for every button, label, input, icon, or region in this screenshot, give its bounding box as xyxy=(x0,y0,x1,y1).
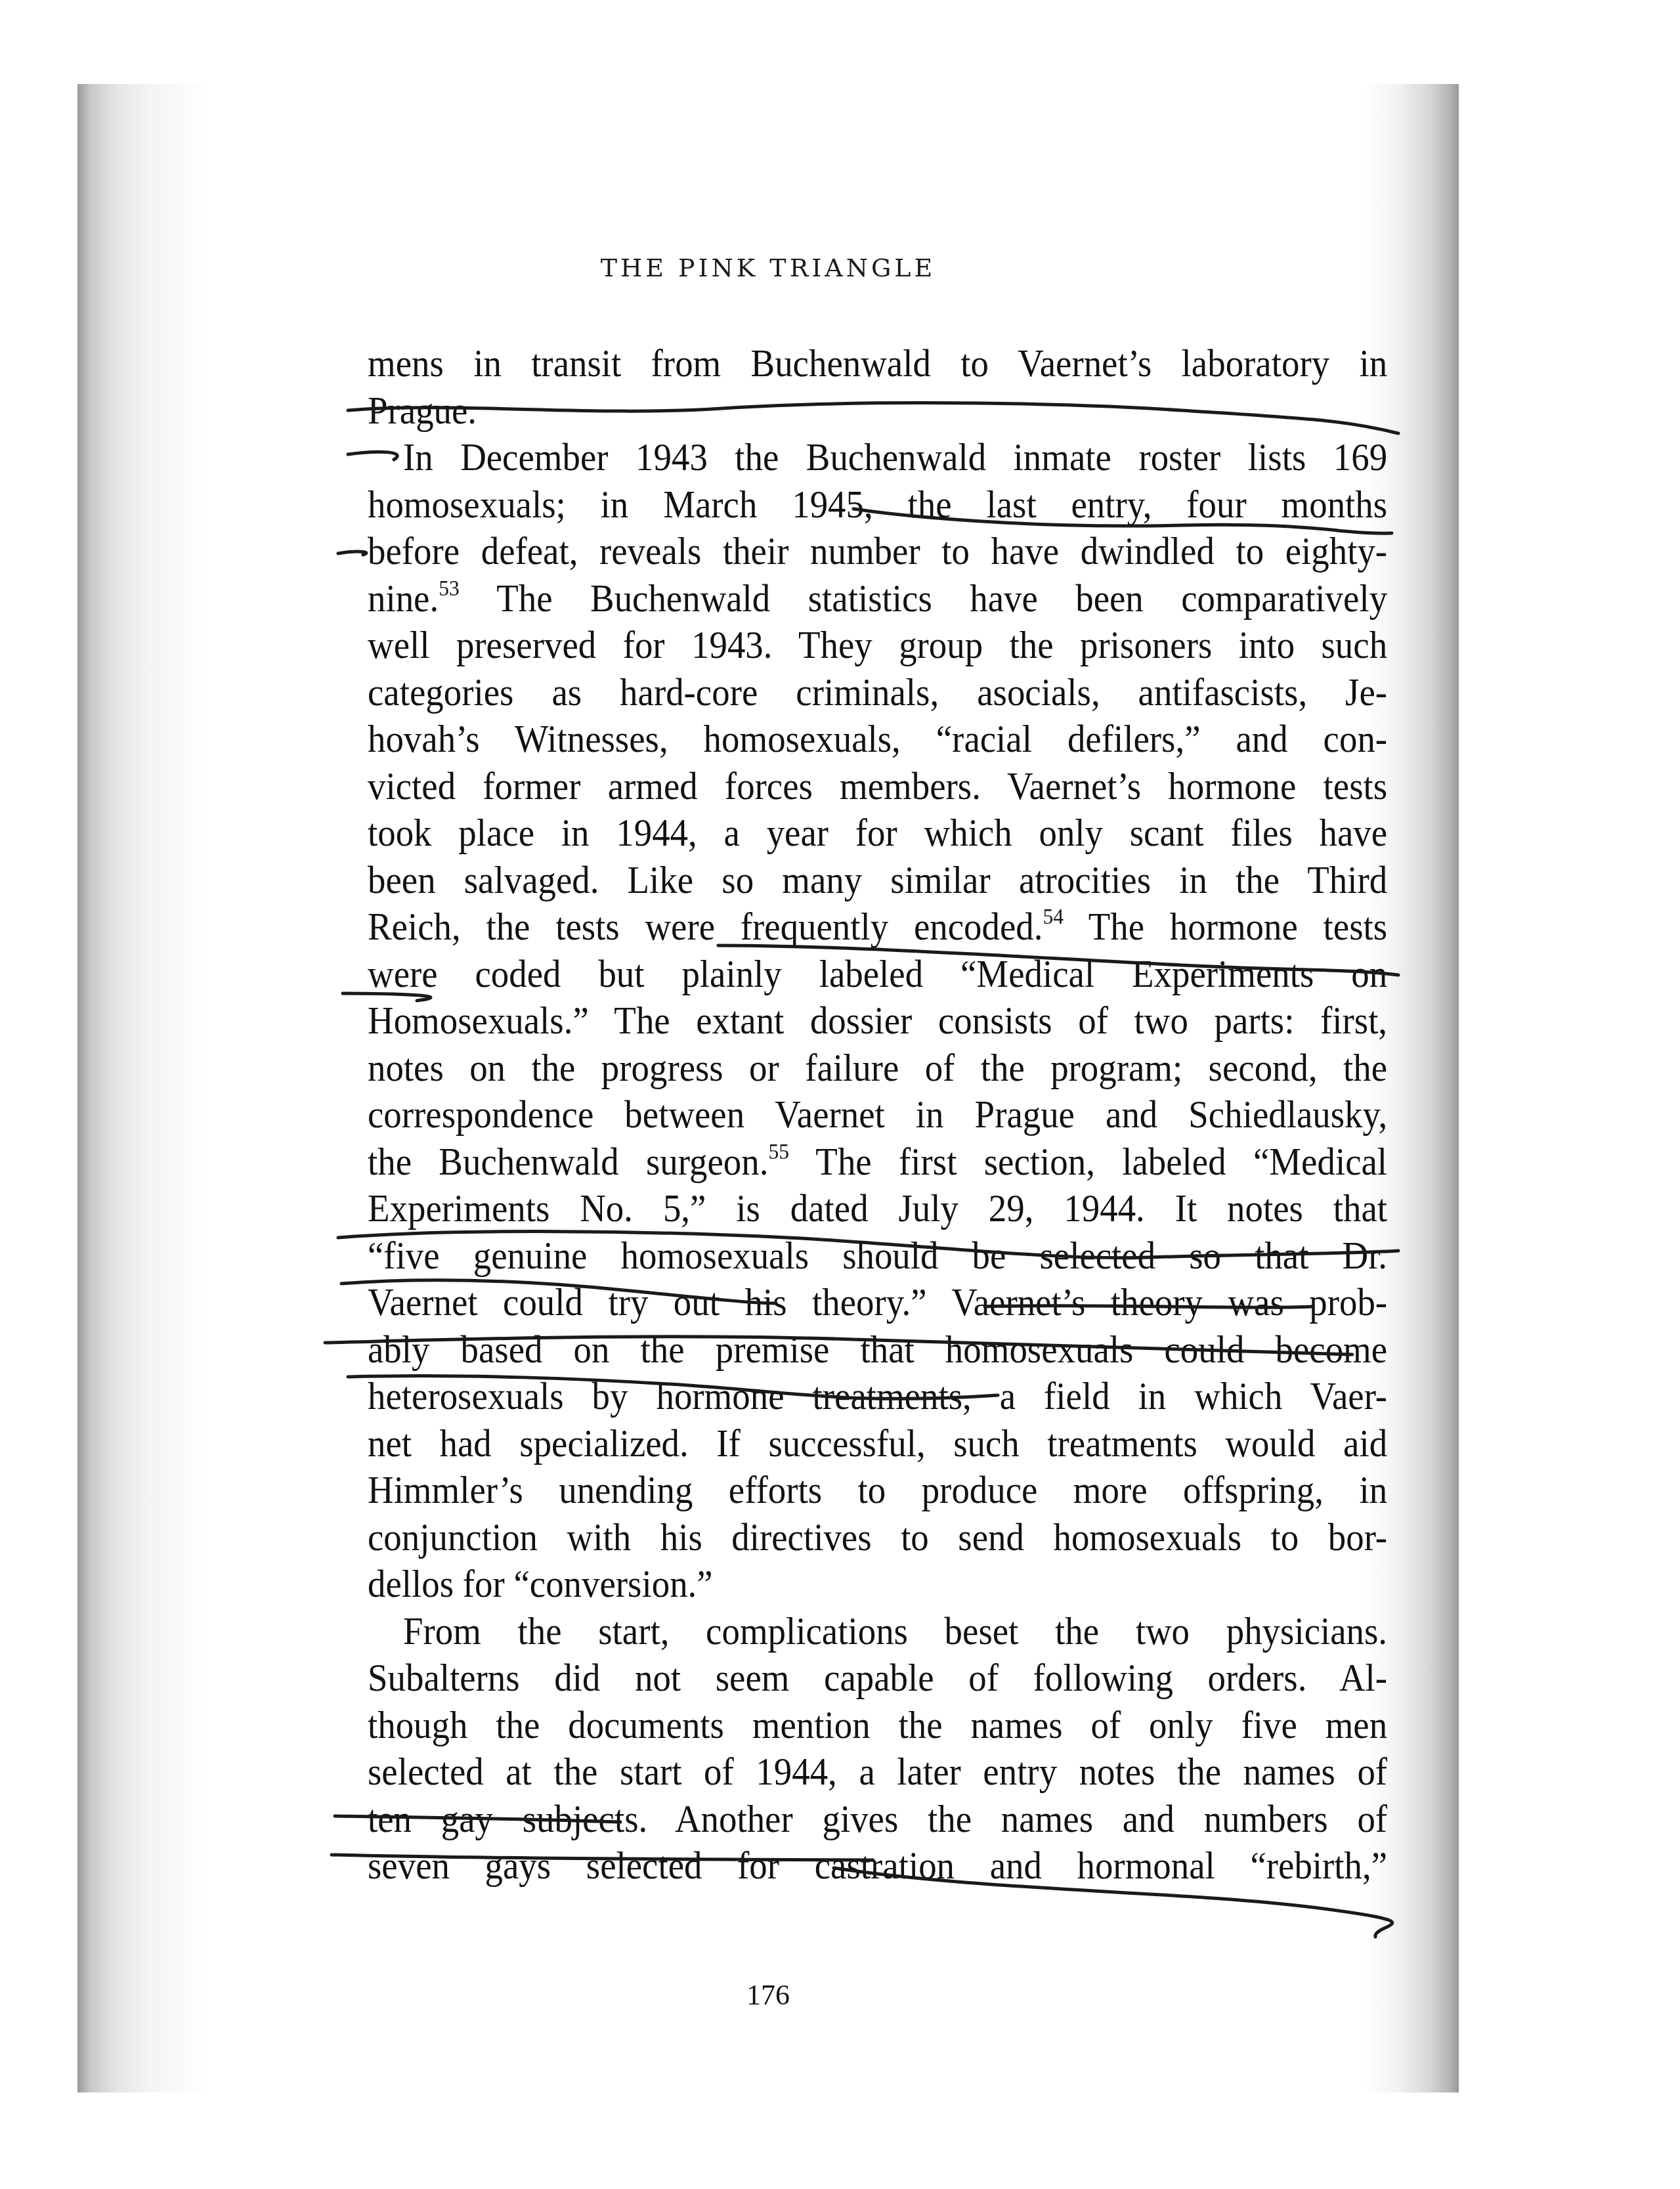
text-line: Prague. xyxy=(368,387,1387,435)
line-text: In December 1943 the Buchenwald inmate r… xyxy=(403,435,1387,479)
text-line: mens in transit from Buchenwald to Vaern… xyxy=(368,340,1387,387)
text-line: the Buchenwald surgeon.55 The first sect… xyxy=(368,1138,1387,1186)
running-head: THE PINK TRIANGLE xyxy=(77,253,1459,282)
line-text: heterosexuals by hormone treatments, a f… xyxy=(368,1374,1387,1418)
body-text: mens in transit from Buchenwald to Vaern… xyxy=(368,340,1387,1890)
text-line: before defeat, reveals their number to h… xyxy=(368,528,1387,575)
line-text: Himmler’s unending efforts to produce mo… xyxy=(368,1468,1387,1511)
line-text: Vaernet could try out his theory.” Vaern… xyxy=(368,1280,1387,1324)
footnote-marker: 54 xyxy=(1043,905,1064,929)
line-text: though the documents mention the names o… xyxy=(368,1703,1387,1746)
line-text: Experiments No. 5,” is dated July 29, 19… xyxy=(368,1186,1387,1230)
line-text: Prague. xyxy=(368,389,477,432)
footnote-marker: 53 xyxy=(439,576,460,601)
text-line: heterosexuals by hormone treatments, a f… xyxy=(368,1373,1387,1420)
text-line: From the start, complications beset the … xyxy=(368,1608,1387,1655)
line-text: dellos for “conversion.” xyxy=(368,1562,713,1605)
text-line: conjunction with his directives to send … xyxy=(368,1514,1387,1561)
text-line: were coded but plainly labeled “Medical … xyxy=(368,951,1387,998)
line-text: mens in transit from Buchenwald to Vaern… xyxy=(368,341,1387,385)
line-text: Homosexuals.” The extant dossier consist… xyxy=(368,999,1387,1042)
line-text: homosexuals; in March 1945, the last ent… xyxy=(368,483,1387,526)
text-line: well preserved for 1943. They group the … xyxy=(368,622,1387,669)
text-line: Himmler’s unending efforts to produce mo… xyxy=(368,1467,1387,1514)
line-text: hovah’s Witnesses, homosexuals, “racial … xyxy=(368,717,1387,760)
text-line: homosexuals; in March 1945, the last ent… xyxy=(368,481,1387,529)
text-line: Homosexuals.” The extant dossier consist… xyxy=(368,997,1387,1045)
line-text: were coded but plainly labeled “Medical … xyxy=(368,952,1387,995)
text-line: though the documents mention the names o… xyxy=(368,1702,1387,1749)
scanned-book-page: THE PINK TRIANGLE mens in transit from B… xyxy=(77,84,1459,2092)
text-line: victed former armed forces members. Vaer… xyxy=(368,763,1387,810)
text-line: took place in 1944, a year for which onl… xyxy=(368,810,1387,857)
line-text: seven gays selected for castration and h… xyxy=(368,1844,1387,1887)
text-line: Subalterns did not seem capable of follo… xyxy=(368,1655,1387,1702)
text-line: Vaernet could try out his theory.” Vaern… xyxy=(368,1279,1387,1326)
line-text-continued: The hormone tests xyxy=(1064,905,1387,948)
text-line: categories as hard-core criminals, asoci… xyxy=(368,669,1387,716)
text-line: selected at the start of 1944, a later e… xyxy=(368,1748,1387,1796)
line-text: the Buchenwald surgeon. xyxy=(368,1140,768,1183)
text-line: notes on the progress or failure of the … xyxy=(368,1045,1387,1092)
text-line: dellos for “conversion.” xyxy=(368,1561,1387,1608)
text-line: seven gays selected for castration and h… xyxy=(368,1842,1387,1890)
line-text: conjunction with his directives to send … xyxy=(368,1515,1387,1559)
text-line: ably based on the premise that homosexua… xyxy=(368,1326,1387,1374)
line-text: “five genuine homosexuals should be sele… xyxy=(368,1234,1387,1277)
line-text: ably based on the premise that homosexua… xyxy=(368,1328,1387,1371)
line-text: took place in 1944, a year for which onl… xyxy=(368,811,1387,854)
line-text-continued: The Buchenwald statistics have been comp… xyxy=(460,576,1387,620)
text-line: net had specialized. If successful, such… xyxy=(368,1420,1387,1467)
line-text: nine. xyxy=(368,576,439,620)
line-text: been salvaged. Like so many similar atro… xyxy=(368,858,1387,901)
line-text: well preserved for 1943. They group the … xyxy=(368,623,1387,666)
line-text: selected at the start of 1944, a later e… xyxy=(368,1750,1387,1793)
line-text: before defeat, reveals their number to h… xyxy=(368,529,1387,573)
text-line: correspondence between Vaernet in Prague… xyxy=(368,1091,1387,1138)
line-text: net had specialized. If successful, such… xyxy=(368,1421,1387,1465)
footnote-marker: 55 xyxy=(768,1140,789,1164)
text-line: ten gay subjects. Another gives the name… xyxy=(368,1796,1387,1843)
line-text: categories as hard-core criminals, asoci… xyxy=(368,670,1387,714)
line-text: Reich, the tests were frequently encoded… xyxy=(368,905,1043,948)
line-text: correspondence between Vaernet in Prague… xyxy=(368,1093,1387,1136)
line-text: victed former armed forces members. Vaer… xyxy=(368,764,1387,808)
text-line: Reich, the tests were frequently encoded… xyxy=(368,903,1387,951)
text-line: nine.53 The Buchenwald statistics have b… xyxy=(368,575,1387,622)
text-line: In December 1943 the Buchenwald inmate r… xyxy=(368,434,1387,481)
text-line: Experiments No. 5,” is dated July 29, 19… xyxy=(368,1185,1387,1232)
line-text: ten gay subjects. Another gives the name… xyxy=(368,1797,1387,1840)
text-line: “five genuine homosexuals should be sele… xyxy=(368,1232,1387,1280)
text-line: hovah’s Witnesses, homosexuals, “racial … xyxy=(368,716,1387,763)
page-number: 176 xyxy=(77,1978,1459,2012)
line-text: From the start, complications beset the … xyxy=(403,1609,1387,1653)
line-text: Subalterns did not seem capable of follo… xyxy=(368,1656,1387,1699)
text-line: been salvaged. Like so many similar atro… xyxy=(368,857,1387,904)
line-text-continued: The first section, labeled “Medical xyxy=(789,1140,1387,1183)
line-text: notes on the progress or failure of the … xyxy=(368,1046,1387,1089)
